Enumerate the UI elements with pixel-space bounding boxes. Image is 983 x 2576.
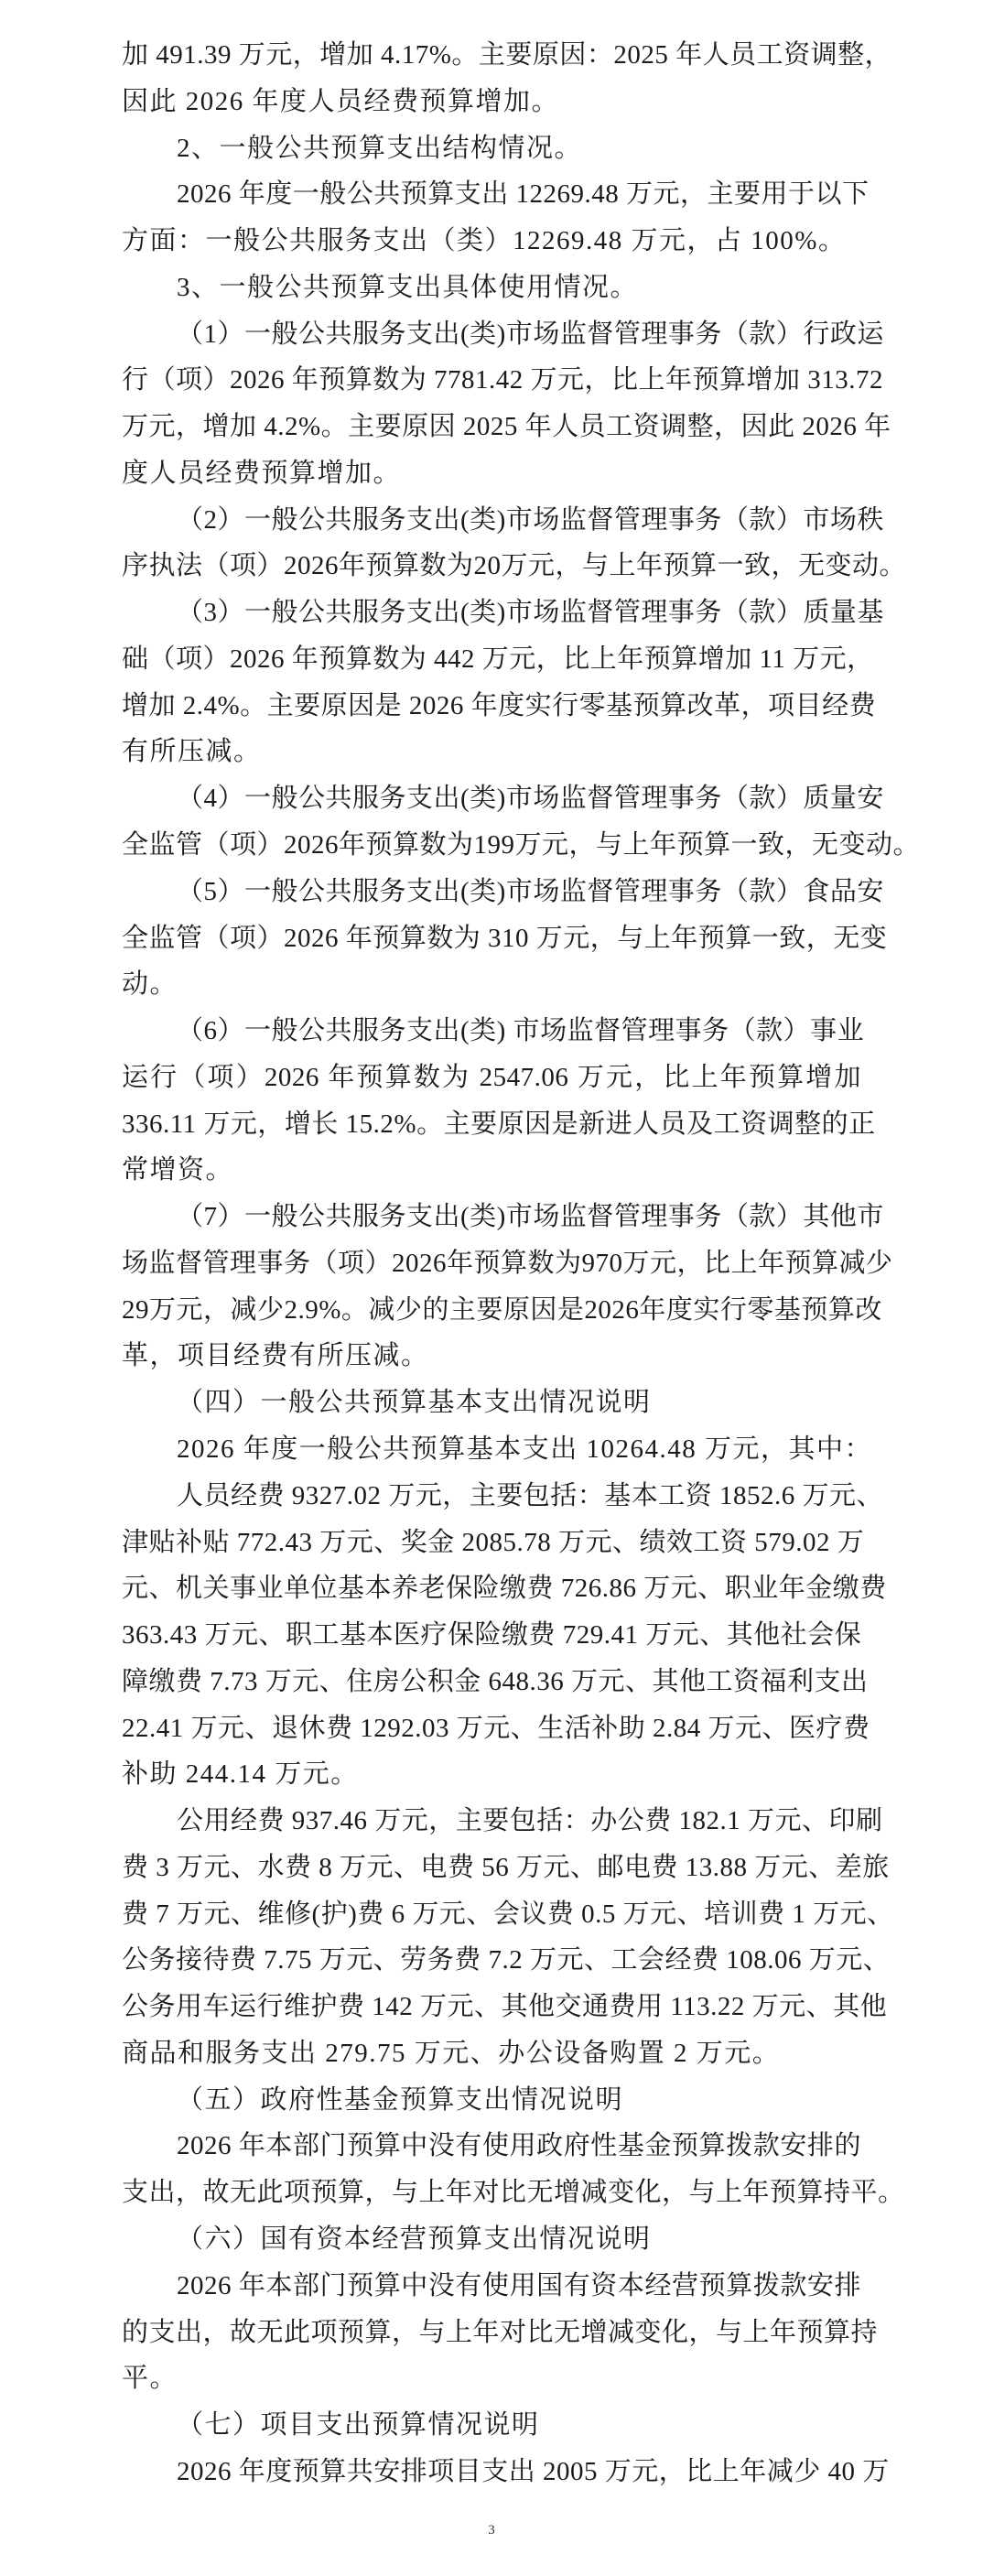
section-heading: （六）国有资本经营预算支出情况说明 <box>122 2216 861 2263</box>
text-line: 因此 2026 年度人员经费预算增加。 <box>122 79 861 125</box>
text-line: （1）一般公共服务支出(类)市场监督管理事务（款）行政运 <box>122 311 861 358</box>
text-line: （2）一般公共服务支出(类)市场监督管理事务（款）市场秩 <box>122 497 861 544</box>
text-line: （五）政府性基金预算支出情况说明 <box>122 2077 861 2124</box>
paragraph: 加 491.39 万元，增加 4.17%。主要原因：2025 年人员工资调整，因… <box>122 32 861 125</box>
text-line: 22.41 万元、退休费 1292.03 万元、生活补助 2.84 万元、医疗费 <box>122 1705 861 1752</box>
text-line: 方面：一般公共服务支出（类）12269.48 万元，占 100%。 <box>122 218 861 265</box>
paragraph: 2026 年度预算共安排项目支出 2005 万元，比上年减少 40 万 <box>122 2449 861 2495</box>
text-line: （6）一般公共服务支出(类) 市场监督管理事务（款）事业 <box>122 1008 861 1055</box>
text-line: （7）一般公共服务支出(类)市场监督管理事务（款）其他市 <box>122 1194 861 1240</box>
text-line: 革，项目经费有所压减。 <box>122 1333 861 1380</box>
text-line: 动。 <box>122 961 861 1008</box>
text-line: 补助 244.14 万元。 <box>122 1751 861 1798</box>
paragraph: 人员经费 9327.02 万元，主要包括：基本工资 1852.6 万元、津贴补贴… <box>122 1473 861 1798</box>
text-line: 平。 <box>122 2355 861 2402</box>
text-line: （六）国有资本经营预算支出情况说明 <box>122 2216 861 2263</box>
text-line: 2026 年度预算共安排项目支出 2005 万元，比上年减少 40 万 <box>122 2449 861 2495</box>
text-line: （四）一般公共预算基本支出情况说明 <box>122 1380 861 1426</box>
text-line: （5）一般公共服务支出(类)市场监督管理事务（款）食品安 <box>122 869 861 915</box>
text-line: 加 491.39 万元，增加 4.17%。主要原因：2025 年人员工资调整， <box>122 32 861 79</box>
text-line: 人员经费 9327.02 万元，主要包括：基本工资 1852.6 万元、 <box>122 1473 861 1520</box>
text-line: 全监管（项）2026年预算数为199万元，与上年预算一致，无变动。 <box>122 822 861 869</box>
page-number: 3 <box>0 2523 983 2538</box>
text-line: 2026 年本部门预算中没有使用政府性基金预算拨款安排的 <box>122 2123 861 2170</box>
text-line: （3）一般公共服务支出(类)市场监督管理事务（款）质量基 <box>122 590 861 636</box>
paragraph: 公用经费 937.46 万元，主要包括：办公费 182.1 万元、印刷费 3 万… <box>122 1798 861 2077</box>
section-heading: （五）政府性基金预算支出情况说明 <box>122 2077 861 2124</box>
text-line: 29万元，减少2.9%。减少的主要原因是2026年度实行零基预算改 <box>122 1287 861 1334</box>
text-line: 增加 2.4%。主要原因是 2026 年度实行零基预算改革，项目经费 <box>122 683 861 730</box>
text-line: （七）项目支出预算情况说明 <box>122 2402 861 2449</box>
text-line: 363.43 万元、职工基本医疗保险缴费 729.41 万元、其他社会保 <box>122 1612 861 1659</box>
paragraph: 2026 年度一般公共预算基本支出 10264.48 万元，其中： <box>122 1426 861 1473</box>
text-line: （4）一般公共服务支出(类)市场监督管理事务（款）质量安 <box>122 775 861 822</box>
text-line: 津贴补贴 772.43 万元、奖金 2085.78 万元、绩效工资 579.02… <box>122 1520 861 1566</box>
section-heading: 3、一般公共预算支出具体使用情况。 <box>122 265 861 311</box>
text-line: 础（项）2026 年预算数为 442 万元，比上年预算增加 11 万元， <box>122 636 861 683</box>
text-line: 支出，故无此项预算，与上年对比无增减变化，与上年预算持平。 <box>122 2170 861 2216</box>
budget-item-paragraph: （2）一般公共服务支出(类)市场监督管理事务（款）市场秩序执法（项）2026年预… <box>122 497 861 590</box>
text-line: 场监督管理事务（项）2026年预算数为970万元，比上年预算减少 <box>122 1240 861 1287</box>
text-line: 有所压减。 <box>122 729 861 775</box>
paragraph: 2026 年本部门预算中没有使用国有资本经营预算拨款安排的支出，故无此项预算，与… <box>122 2263 861 2402</box>
text-line: 运行（项）2026 年预算数为 2547.06 万元，比上年预算增加 <box>122 1055 861 1101</box>
text-line: 全监管（项）2026 年预算数为 310 万元，与上年预算一致，无变 <box>122 915 861 962</box>
text-line: 336.11 万元，增长 15.2%。主要原因是新进人员及工资调整的正 <box>122 1101 861 1148</box>
text-line: 常增资。 <box>122 1147 861 1194</box>
text-line: 费 7 万元、维修(护)费 6 万元、会议费 0.5 万元、培训费 1 万元、 <box>122 1891 861 1938</box>
paragraph: 2026 年度一般公共预算支出 12269.48 万元，主要用于以下方面：一般公… <box>122 171 861 265</box>
text-line: 2026 年本部门预算中没有使用国有资本经营预算拨款安排 <box>122 2263 861 2310</box>
section-heading: （四）一般公共预算基本支出情况说明 <box>122 1380 861 1426</box>
text-line: 2026 年度一般公共预算基本支出 10264.48 万元，其中： <box>122 1426 861 1473</box>
budget-item-paragraph: （4）一般公共服务支出(类)市场监督管理事务（款）质量安全监管（项）2026年预… <box>122 775 861 869</box>
section-heading: （七）项目支出预算情况说明 <box>122 2402 861 2449</box>
text-line: 度人员经费预算增加。 <box>122 450 861 497</box>
section-heading: 2、一般公共预算支出结构情况。 <box>122 125 861 172</box>
paragraph: 2026 年本部门预算中没有使用政府性基金预算拨款安排的支出，故无此项预算，与上… <box>122 2123 861 2216</box>
text-line: 障缴费 7.73 万元、住房公积金 648.36 万元、其他工资福利支出 <box>122 1659 861 1705</box>
text-line: 商品和服务支出 279.75 万元、办公设备购置 2 万元。 <box>122 2030 861 2077</box>
text-line: 2026 年度一般公共预算支出 12269.48 万元，主要用于以下 <box>122 171 861 218</box>
text-line: 万元，增加 4.2%。主要原因 2025 年人员工资调整，因此 2026 年 <box>122 404 861 450</box>
text-line: 行（项）2026 年预算数为 7781.42 万元，比上年预算增加 313.72 <box>122 357 861 404</box>
text-line: 公用经费 937.46 万元，主要包括：办公费 182.1 万元、印刷 <box>122 1798 861 1845</box>
document-page: 加 491.39 万元，增加 4.17%。主要原因：2025 年人员工资调整，因… <box>122 32 861 2495</box>
text-line: 公务用车运行维护费 142 万元、其他交通费用 113.22 万元、其他 <box>122 1984 861 2030</box>
text-line: 公务接待费 7.75 万元、劳务费 7.2 万元、工会经费 108.06 万元、 <box>122 1937 861 1984</box>
budget-item-paragraph: （1）一般公共服务支出(类)市场监督管理事务（款）行政运行（项）2026 年预算… <box>122 311 861 497</box>
budget-item-paragraph: （3）一般公共服务支出(类)市场监督管理事务（款）质量基础（项）2026 年预算… <box>122 590 861 775</box>
text-line: 元、机关事业单位基本养老保险缴费 726.86 万元、职业年金缴费 <box>122 1565 861 1612</box>
text-line: 序执法（项）2026年预算数为20万元，与上年预算一致，无变动。 <box>122 543 861 590</box>
text-line: 费 3 万元、水费 8 万元、电费 56 万元、邮电费 13.88 万元、差旅 <box>122 1845 861 1891</box>
text-line: 2、一般公共预算支出结构情况。 <box>122 125 861 172</box>
text-line: 3、一般公共预算支出具体使用情况。 <box>122 265 861 311</box>
budget-item-paragraph: （5）一般公共服务支出(类)市场监督管理事务（款）食品安全监管（项）2026 年… <box>122 869 861 1008</box>
budget-item-paragraph: （7）一般公共服务支出(类)市场监督管理事务（款）其他市场监督管理事务（项）20… <box>122 1194 861 1380</box>
budget-item-paragraph: （6）一般公共服务支出(类) 市场监督管理事务（款）事业运行（项）2026 年预… <box>122 1008 861 1194</box>
text-line: 的支出，故无此项预算，与上年对比无增减变化，与上年预算持 <box>122 2310 861 2356</box>
